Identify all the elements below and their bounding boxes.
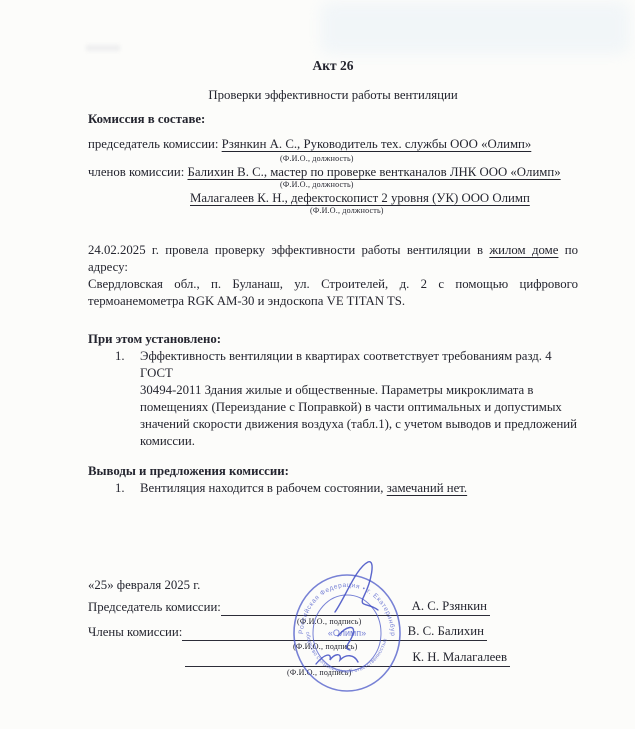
inspection-paragraph: 24.02.2025 г. провела проверку эффективн… — [88, 242, 578, 310]
member2-signature-row: К. Н. Малагалеев — [185, 649, 510, 667]
conclusions-underlined: замечаний нет. — [387, 481, 467, 495]
member1-signed-name: В. С. Балихин — [408, 624, 484, 638]
established-line: комиссии. — [140, 433, 578, 450]
chairman-signature-line: А. С. Рзянкин — [221, 598, 490, 616]
inspection-line1-text: 24.02.2025 г. провела проверку эффективн… — [88, 243, 489, 257]
chairman-value: Рзянкин А. С., Руководитель тех. службы … — [222, 137, 532, 151]
chairman-signed-name: А. С. Рзянкин — [412, 599, 487, 613]
inspection-line1-underlined: жилом доме — [489, 243, 558, 257]
established-line: значений скорости движения воздуха (табл… — [140, 416, 578, 433]
commission-member2-row: Малагалеев К. Н., дефектоскопист 2 уровн… — [190, 190, 578, 207]
conclusions-text: Вентиляция находится в рабочем состоянии… — [140, 481, 387, 495]
fio-sign-caption: (Ф.И.О., подпись) — [287, 667, 352, 678]
member2-signature-line: К. Н. Малагалеев — [185, 649, 510, 667]
established-line: помещениях (Переиздание с Поправкой) в ч… — [140, 399, 578, 416]
conclusions-item: 1. Вентиляция находится в рабочем состоя… — [88, 480, 578, 497]
conclusions-item-number: 1. — [88, 480, 140, 497]
established-item-text: Эффективность вентиляции в квартирах соо… — [140, 348, 578, 450]
chairman-signature-row: Председатель комиссии: А. С. Рзянкин — [88, 598, 490, 616]
member1-signature-row: Члены комиссии: В. С. Балихин — [88, 623, 487, 641]
document-content: Акт 26 Проверки эффективности работы вен… — [88, 0, 578, 706]
member2-value: Малагалеев К. Н., дефектоскопист 2 уровн… — [190, 191, 530, 205]
signature-area: «25» февраля 2025 г. Председатель комисс… — [88, 576, 578, 706]
members-label: членов комиссии: — [88, 165, 184, 179]
document-subtitle: Проверки эффективности работы вентиляции — [88, 87, 578, 104]
members-sign-label: Члены комиссии: — [88, 624, 182, 641]
member1-signature-line: В. С. Балихин — [182, 623, 487, 641]
fio-position-caption: (Ф.И.О., должность) — [88, 153, 578, 164]
conclusions-heading: Выводы и предложения комиссии: — [88, 463, 578, 480]
member1-value: Балихин В. С., мастер по проверке вентка… — [187, 165, 560, 179]
conclusions-item-text: Вентиляция находится в рабочем состоянии… — [140, 480, 467, 497]
established-item: 1. Эффективность вентиляции в квартирах … — [88, 348, 578, 450]
inspection-line1: 24.02.2025 г. провела проверку эффективн… — [88, 242, 578, 276]
established-line: Эффективность вентиляции в квартирах соо… — [140, 348, 578, 382]
commission-chairman-row: председатель комиссии: Рзянкин А. С., Ру… — [88, 136, 578, 153]
established-line: 30494-2011 Здания жилые и общественные. … — [140, 382, 578, 399]
inspection-line2: Свердловская обл., п. Буланаш, ул. Строи… — [88, 276, 578, 293]
document-title: Акт 26 — [88, 57, 578, 74]
chairman-sign-label: Председатель комиссии: — [88, 599, 221, 616]
signing-date: «25» февраля 2025 г. — [88, 577, 200, 594]
member2-signed-name: К. Н. Малагалеев — [412, 650, 507, 664]
chairman-label: председатель комиссии: — [88, 137, 218, 151]
inspection-line3: термоанемометра RGK AM-30 и эндоскопа VE… — [88, 293, 578, 310]
commission-heading: Комиссия в составе: — [88, 111, 578, 128]
established-heading: При этом установлено: — [88, 331, 578, 348]
established-item-number: 1. — [88, 348, 140, 450]
document-page: Акт 26 Проверки эффективности работы вен… — [0, 0, 635, 729]
